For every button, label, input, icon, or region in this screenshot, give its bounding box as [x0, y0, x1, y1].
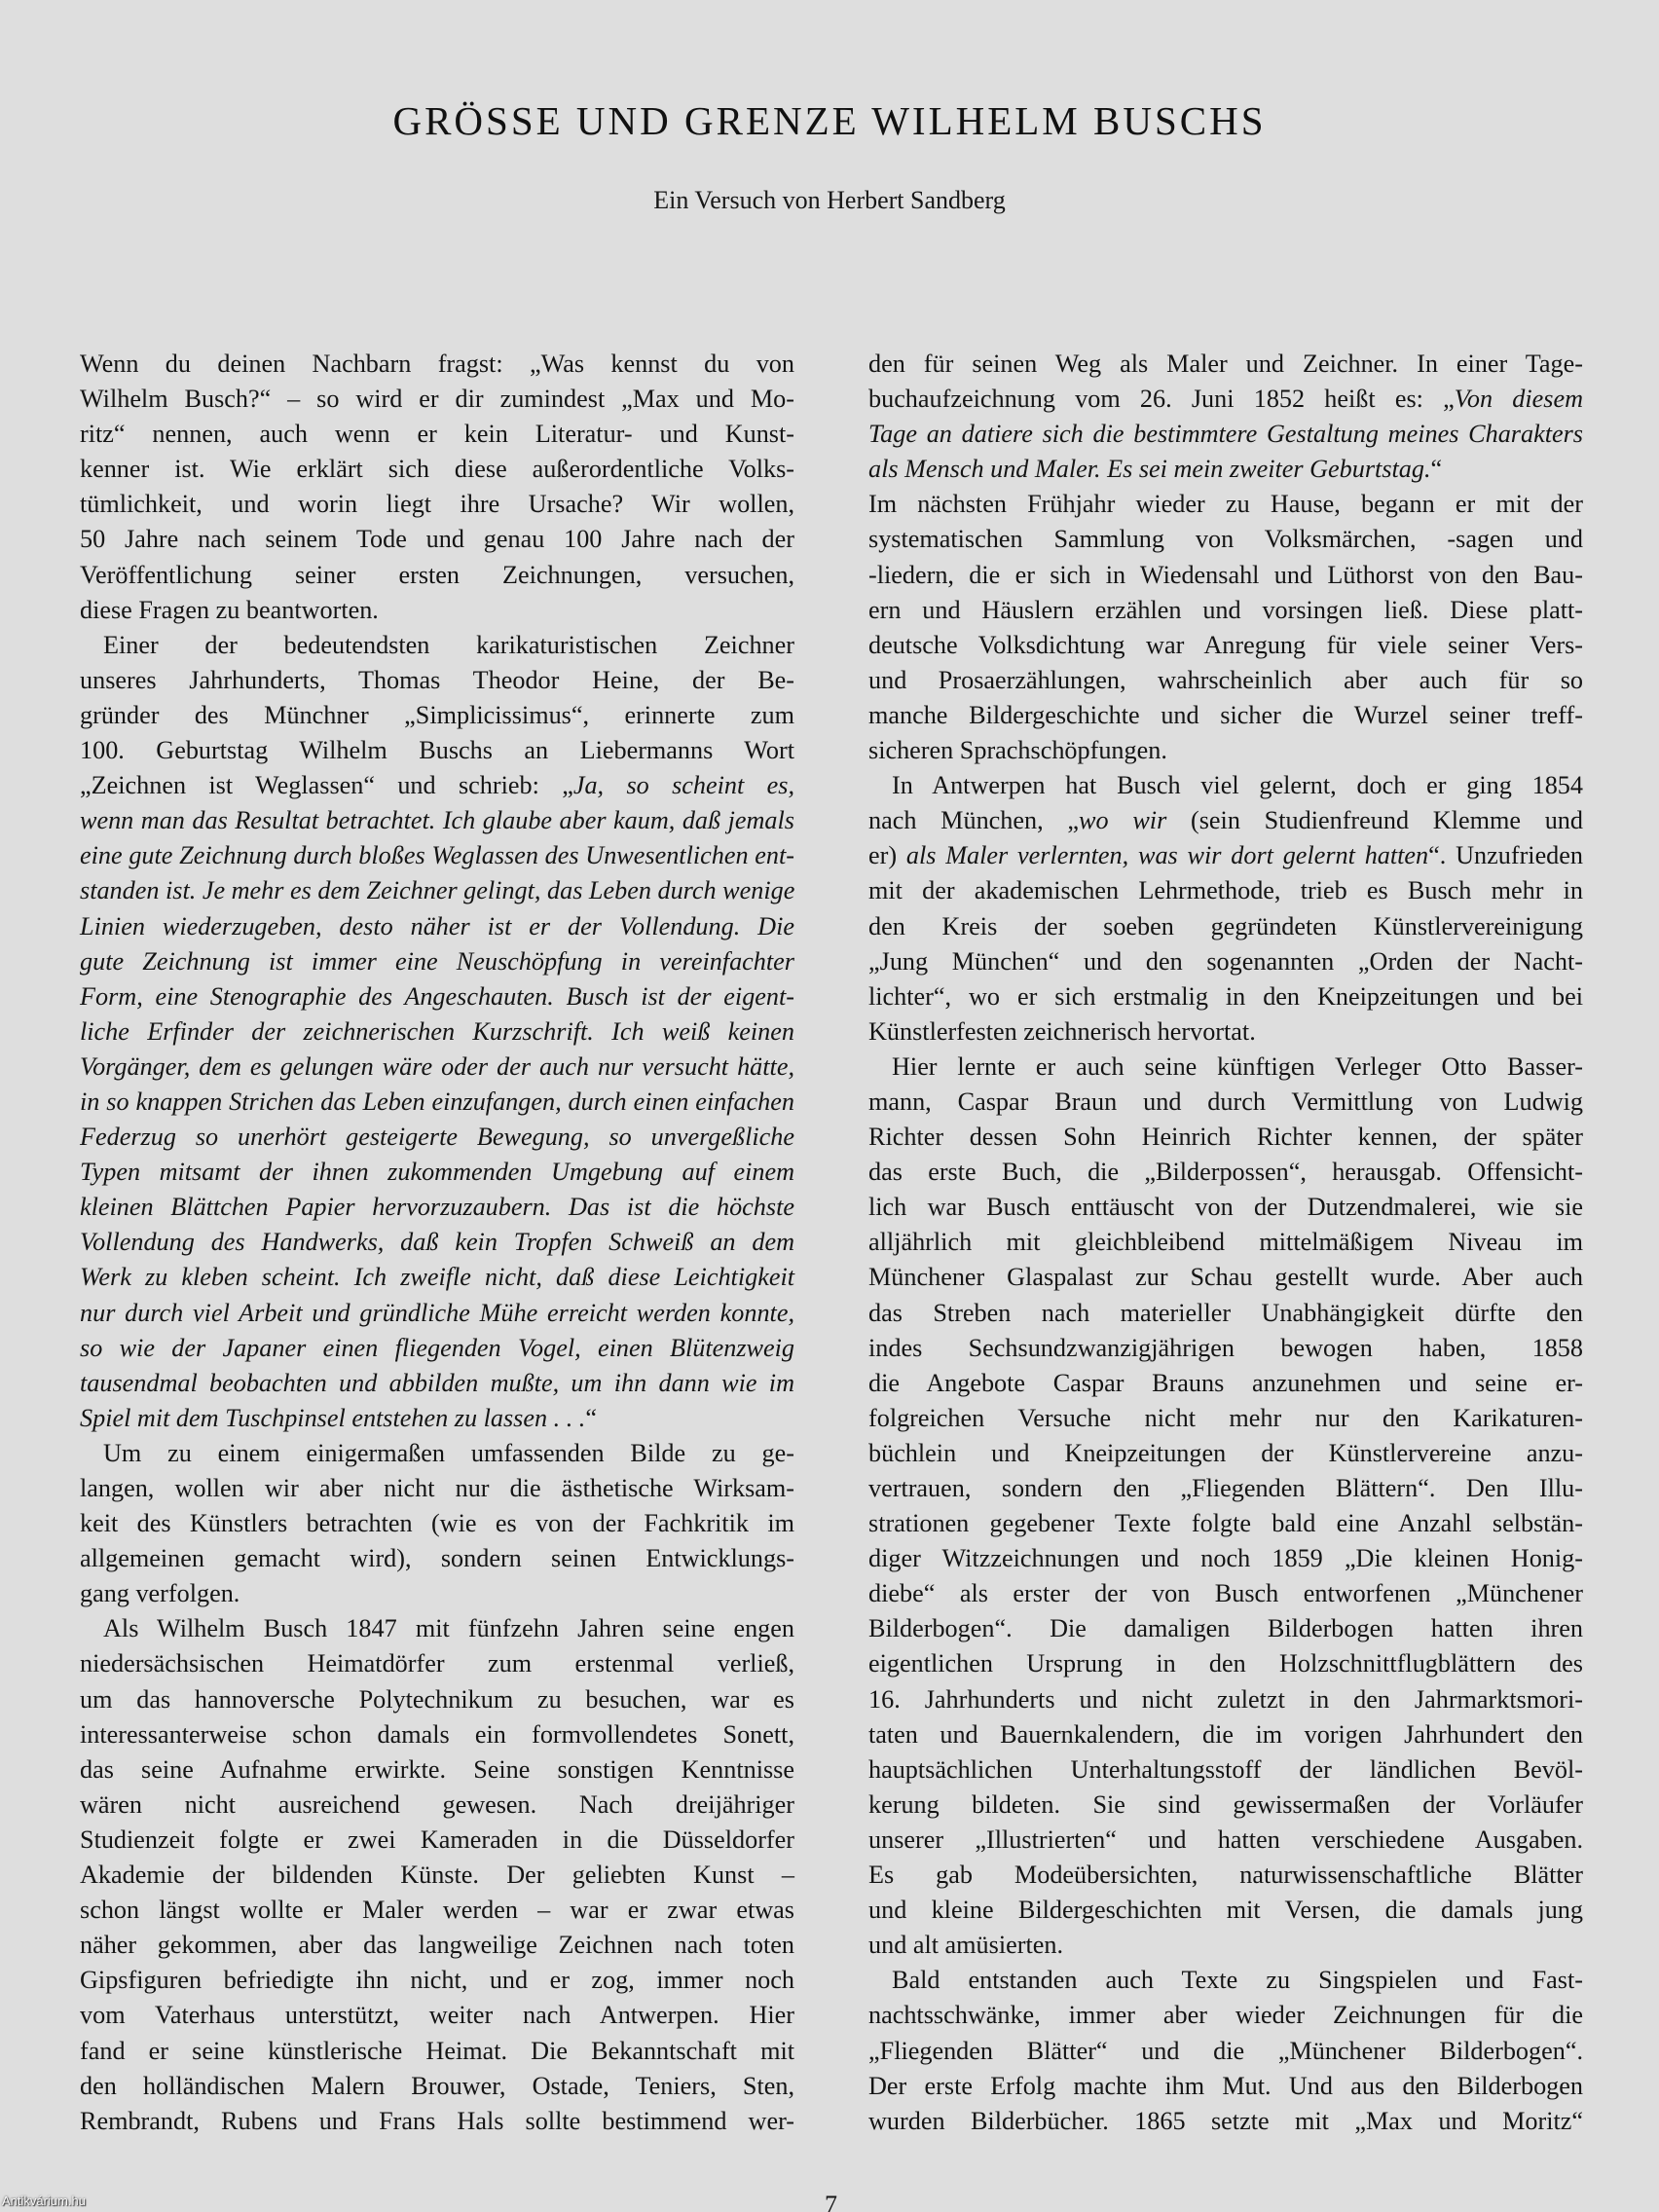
italic-quote-run: als Mensch und Maler. Es sei mein zweite…: [868, 455, 1431, 483]
text-line: eigentlichen Ursprung in den Holzschnitt…: [868, 1646, 1583, 1681]
text-run: schon längst wollte er Maler werden – wa…: [80, 1896, 794, 1924]
text-line: den für seinen Weg als Maler und Zeichne…: [868, 347, 1583, 382]
text-run: taten und Bauernkalendern, die im vorige…: [868, 1720, 1583, 1749]
text-line: mann, Caspar Braun und durch Vermittlung…: [868, 1085, 1583, 1120]
text-run: Rembrandt, Rubens und Frans Hals sollte …: [80, 2107, 794, 2135]
italic-quote-run: Tage an datiere sich die bestimmtere Ges…: [868, 420, 1583, 448]
page-number: 7: [825, 2191, 837, 2212]
text-line: tümlichkeit, und worin liegt ihre Ursach…: [80, 487, 794, 522]
italic-quote-run: nur durch viel Arbeit und gründliche Müh…: [80, 1299, 794, 1327]
text-line: diger Witzzeichnungen und noch 1859 „Die…: [868, 1541, 1583, 1576]
italic-quote-run: wo wir: [1079, 806, 1166, 834]
text-run: wurden Bilderbücher. 1865 setzte mit „Ma…: [868, 2107, 1583, 2135]
text-run: das Streben nach materieller Unabhängigk…: [868, 1299, 1583, 1327]
text-run: Es gab Modeübersichten, naturwissenschaf…: [868, 1861, 1583, 1889]
text-run: -liedern, die er sich in Wiedensahl und …: [868, 561, 1583, 589]
text-run: keit des Künstlers betrachten (wie es vo…: [80, 1509, 794, 1537]
right-text-column: den für seinen Weg als Maler und Zeichne…: [868, 347, 1583, 2139]
text-run: ern und Häuslern erzählen und vorsingen …: [868, 596, 1583, 624]
text-run: folgreichen Versuche nicht mehr nur den …: [868, 1404, 1583, 1432]
text-run: Im nächsten Frühjahr wieder zu Hause, be…: [868, 490, 1583, 518]
text-line: Als Wilhelm Busch 1847 mit fünfzehn Jahr…: [80, 1611, 794, 1646]
text-line: und alt amüsierten.: [868, 1928, 1583, 1963]
text-run: er): [868, 841, 906, 869]
text-run: hauptsächlichen Unterhaltungsstoff der l…: [868, 1755, 1583, 1784]
text-line: kerung bildeten. Sie sind gewissermaßen …: [868, 1788, 1583, 1823]
text-run: diese Fragen zu beantworten.: [80, 596, 379, 624]
text-run: lichter“, wo er sich erstmalig in den Kn…: [868, 982, 1583, 1011]
text-line: in so knappen Strichen das Leben einzufa…: [80, 1085, 794, 1120]
text-run: Richter dessen Sohn Heinrich Richter ken…: [868, 1123, 1583, 1151]
text-line: wenn man das Resultat betrachtet. Ich gl…: [80, 803, 794, 838]
text-run: den für seinen Weg als Maler und Zeichne…: [868, 350, 1583, 378]
text-line: Werk zu kleben scheint. Ich zweifle nich…: [80, 1260, 794, 1295]
text-line: langen, wollen wir aber nicht nur die äs…: [80, 1471, 794, 1506]
text-line: Um zu einem einigermaßen umfassenden Bil…: [80, 1436, 794, 1471]
text-line: Künstlerfesten zeichnerisch hervortat.: [868, 1014, 1583, 1050]
text-run: das erste Buch, die „Bilderpossen“, hera…: [868, 1158, 1583, 1186]
italic-quote-run: als Maler verlernten, was wir dort geler…: [906, 841, 1428, 869]
text-run: gründer des Münchner „Simplicissimus“, e…: [80, 701, 794, 729]
text-run: nachtsschwänke, immer aber wieder Zeichn…: [868, 2001, 1583, 2029]
text-line: diese Fragen zu beantworten.: [80, 593, 794, 628]
text-line: eine gute Zeichnung durch bloßes Weglass…: [80, 838, 794, 873]
text-line: Studienzeit folgte er zwei Kameraden in …: [80, 1823, 794, 1858]
text-line: standen ist. Je mehr es dem Zeichner gel…: [80, 873, 794, 908]
text-line: Linien wiederzugeben, desto näher ist er…: [80, 909, 794, 944]
text-line: das Streben nach materieller Unabhängigk…: [868, 1296, 1583, 1331]
text-line: folgreichen Versuche nicht mehr nur den …: [868, 1401, 1583, 1436]
text-run: gang verfolgen.: [80, 1579, 240, 1607]
text-run: niedersächsischen Heimatdörfer zum erste…: [80, 1649, 794, 1677]
text-line: büchlein und Kneipzeitungen der Künstler…: [868, 1436, 1583, 1471]
italic-quote-run: Ja, so scheint es,: [573, 771, 794, 799]
italic-quote-run: Vorgänger, dem es gelungen wäre oder der…: [80, 1052, 794, 1081]
text-run: Einer der bedeutendsten karikaturistisch…: [103, 631, 794, 659]
italic-quote-run: Form, eine Stenographie des Angeschauten…: [80, 982, 794, 1011]
text-line: Wilhelm Busch?“ – so wird er dir zuminde…: [80, 382, 794, 417]
text-run: 100. Geburtstag Wilhelm Buschs an Lieber…: [80, 736, 794, 764]
text-line: ern und Häuslern erzählen und vorsingen …: [868, 593, 1583, 628]
text-line: 50 Jahre nach seinem Tode und genau 100 …: [80, 522, 794, 557]
text-line: Bilderbogen“. Die damaligen Bilderbogen …: [868, 1611, 1583, 1646]
text-run: “: [1431, 455, 1443, 483]
italic-quote-run: tausendmal beobachten und abbilden mußte…: [80, 1369, 794, 1397]
text-line: näher gekommen, aber das langweilige Zei…: [80, 1928, 794, 1963]
text-line: systematischen Sammlung von Volksmärchen…: [868, 522, 1583, 557]
text-line: und kleine Bildergeschichten mit Versen,…: [868, 1893, 1583, 1928]
text-line: taten und Bauernkalendern, die im vorige…: [868, 1717, 1583, 1752]
text-run: Künstlerfesten zeichnerisch hervortat.: [868, 1017, 1256, 1046]
text-run: “. Unzufrieden: [1428, 841, 1583, 869]
text-line: gute Zeichnung ist immer eine Neuschöpfu…: [80, 944, 794, 979]
text-line: Akademie der bildenden Künste. Der gelie…: [80, 1858, 794, 1893]
text-run: Bilderbogen“. Die damaligen Bilderbogen …: [868, 1614, 1583, 1642]
italic-quote-run: so wie der Japaner einen fliegenden Voge…: [80, 1334, 794, 1362]
italic-quote-run: Vollendung des Handwerks, daß kein Tropf…: [80, 1228, 794, 1256]
text-run: Um zu einem einigermaßen umfassenden Bil…: [103, 1439, 794, 1467]
author-subtitle: Ein Versuch von Herbert Sandberg: [0, 186, 1659, 215]
italic-quote-run: Federzug so unerhört gesteigerte Bewegun…: [80, 1123, 794, 1151]
text-run: deutsche Volksdichtung war Anregung für …: [868, 631, 1583, 659]
text-line: Rembrandt, Rubens und Frans Hals sollte …: [80, 2104, 794, 2139]
text-line: wären nicht ausreichend gewesen. Nach dr…: [80, 1788, 794, 1823]
text-line: Federzug so unerhört gesteigerte Bewegun…: [80, 1120, 794, 1155]
text-run: Bald entstanden auch Texte zu Singspiele…: [892, 1966, 1583, 1994]
text-line: lich war Busch enttäuscht von der Dutzen…: [868, 1190, 1583, 1225]
text-run: die Angebote Caspar Brauns anzunehmen un…: [868, 1369, 1583, 1397]
text-run: tümlichkeit, und worin liegt ihre Ursach…: [80, 490, 794, 518]
italic-quote-run: Linien wiederzugeben, desto näher ist er…: [80, 912, 794, 940]
text-run: mann, Caspar Braun und durch Vermittlung…: [868, 1088, 1583, 1116]
text-run: Studienzeit folgte er zwei Kameraden in …: [80, 1825, 794, 1854]
text-line: kleinen Blättchen Papier hervorzuzaubern…: [80, 1190, 794, 1225]
text-line: Im nächsten Frühjahr wieder zu Hause, be…: [868, 487, 1583, 522]
text-run: 50 Jahre nach seinem Tode und genau 100 …: [80, 525, 794, 553]
italic-quote-run: wenn man das Resultat betrachtet. Ich gl…: [80, 806, 794, 834]
text-line: wurden Bilderbücher. 1865 setzte mit „Ma…: [868, 2104, 1583, 2139]
text-run: systematischen Sammlung von Volksmärchen…: [868, 525, 1583, 553]
text-run: “: [585, 1404, 597, 1432]
text-run: fand er seine künstlerische Heimat. Die …: [80, 2037, 794, 2065]
text-run: kenner ist. Wie erklärt sich diese außer…: [80, 455, 794, 483]
text-line: das erste Buch, die „Bilderpossen“, hera…: [868, 1155, 1583, 1190]
text-run: alljährlich mit gleichbleibend mittelmäß…: [868, 1228, 1583, 1256]
text-run: strationen gegebener Texte folgte bald e…: [868, 1509, 1583, 1537]
text-run: lich war Busch enttäuscht von der Dutzen…: [868, 1193, 1583, 1221]
text-run: manche Bildergeschichte und sicher die W…: [868, 701, 1583, 729]
text-run: Wilhelm Busch?“ – so wird er dir zuminde…: [80, 385, 794, 413]
text-line: Spiel mit dem Tuschpinsel entstehen zu l…: [80, 1401, 794, 1436]
text-line: Es gab Modeübersichten, naturwissenschaf…: [868, 1858, 1583, 1893]
text-line: manche Bildergeschichte und sicher die W…: [868, 698, 1583, 733]
text-line: Wenn du deinen Nachbarn fragst: „Was ken…: [80, 347, 794, 382]
text-run: und Prosaerzählungen, wahrscheinlich abe…: [868, 666, 1583, 694]
text-line: 16. Jahrhunderts und nicht zuletzt in de…: [868, 1682, 1583, 1717]
text-run: Veröffentlichung seiner ersten Zeichnung…: [80, 561, 794, 589]
text-run: In Antwerpen hat Busch viel gelernt, doc…: [892, 771, 1583, 799]
text-line: -liedern, die er sich in Wiedensahl und …: [868, 558, 1583, 593]
text-run: diger Witzzeichnungen und noch 1859 „Die…: [868, 1544, 1583, 1572]
text-line: Tage an datiere sich die bestimmtere Ges…: [868, 417, 1583, 452]
text-line: buchaufzeichnung vom 26. Juni 1852 heißt…: [868, 382, 1583, 417]
text-line: so wie der Japaner einen fliegenden Voge…: [80, 1331, 794, 1366]
text-run: vom Vaterhaus unterstützt, weiter nach A…: [80, 2001, 794, 2029]
text-line: Gipsfiguren befriedigte ihn nicht, und e…: [80, 1963, 794, 1998]
text-run: um das hannoversche Polytechnikum zu bes…: [80, 1685, 794, 1714]
text-run: kerung bildeten. Sie sind gewissermaßen …: [868, 1790, 1583, 1819]
text-line: 100. Geburtstag Wilhelm Buschs an Lieber…: [80, 733, 794, 768]
text-line: „Jung München“ und den sogenannten „Orde…: [868, 944, 1583, 979]
text-run: „Jung München“ und den sogenannten „Orde…: [868, 947, 1583, 976]
text-line: schon längst wollte er Maler werden – wa…: [80, 1893, 794, 1928]
text-line: vom Vaterhaus unterstützt, weiter nach A…: [80, 1998, 794, 2033]
text-run: mit der akademischen Lehrmethode, trieb …: [868, 876, 1583, 904]
text-line: fand er seine künstlerische Heimat. Die …: [80, 2034, 794, 2069]
text-line: unseres Jahrhunderts, Thomas Theodor Hei…: [80, 663, 794, 698]
text-run: unserer „Illustrierten“ und hatten versc…: [868, 1825, 1583, 1854]
text-line: „Fliegenden Blätter“ und die „Münchener …: [868, 2034, 1583, 2069]
text-run: eigentlichen Ursprung in den Holzschnitt…: [868, 1649, 1583, 1677]
text-run: allgemeinen gemacht wird), sondern seine…: [80, 1544, 794, 1572]
text-line: ritz“ nennen, auch wenn er kein Literatu…: [80, 417, 794, 452]
text-line: liche Erfinder der zeichnerischen Kurzsc…: [80, 1014, 794, 1050]
text-run: das seine Aufnahme erwirkte. Seine sonst…: [80, 1755, 794, 1784]
text-run: unseres Jahrhunderts, Thomas Theodor Hei…: [80, 666, 794, 694]
text-run: interessanterweise schon damals ein form…: [80, 1720, 794, 1749]
text-line: gründer des Münchner „Simplicissimus“, e…: [80, 698, 794, 733]
text-line: tausendmal beobachten und abbilden mußte…: [80, 1366, 794, 1401]
text-line: Form, eine Stenographie des Angeschauten…: [80, 979, 794, 1014]
text-run: den holländischen Malern Brouwer, Ostade…: [80, 2072, 794, 2100]
text-line: und Prosaerzählungen, wahrscheinlich abe…: [868, 663, 1583, 698]
text-line: alljährlich mit gleichbleibend mittelmäß…: [868, 1225, 1583, 1260]
text-run: Akademie der bildenden Künste. Der gelie…: [80, 1861, 794, 1889]
italic-quote-run: gute Zeichnung ist immer eine Neuschöpfu…: [80, 947, 794, 976]
text-line: den holländischen Malern Brouwer, Ostade…: [80, 2069, 794, 2104]
text-line: er) als Maler verlernten, was wir dort g…: [868, 838, 1583, 873]
italic-quote-run: standen ist. Je mehr es dem Zeichner gel…: [80, 876, 794, 904]
text-run: den Kreis der soeben gegründeten Künstle…: [868, 912, 1583, 940]
text-line: kenner ist. Wie erklärt sich diese außer…: [80, 452, 794, 487]
text-line: Einer der bedeutendsten karikaturistisch…: [80, 628, 794, 663]
text-run: Wenn du deinen Nachbarn fragst: „Was ken…: [80, 350, 794, 378]
text-line: hauptsächlichen Unterhaltungsstoff der l…: [868, 1752, 1583, 1788]
text-line: interessanterweise schon damals ein form…: [80, 1717, 794, 1752]
text-line: sicheren Sprachschöpfungen.: [868, 733, 1583, 768]
text-line: Typen mitsamt der ihnen zukommenden Umge…: [80, 1155, 794, 1190]
text-run: Hier lernte er auch seine künftigen Verl…: [892, 1052, 1583, 1081]
text-line: In Antwerpen hat Busch viel gelernt, doc…: [868, 768, 1583, 803]
text-line: als Mensch und Maler. Es sei mein zweite…: [868, 452, 1583, 487]
text-run: „Fliegenden Blätter“ und die „Münchener …: [868, 2037, 1583, 2065]
left-text-column: Wenn du deinen Nachbarn fragst: „Was ken…: [80, 347, 794, 2139]
text-run: büchlein und Kneipzeitungen der Künstler…: [868, 1439, 1583, 1467]
text-line: deutsche Volksdichtung war Anregung für …: [868, 628, 1583, 663]
text-run: näher gekommen, aber das langweilige Zei…: [80, 1931, 794, 1959]
text-run: indes Sechsundzwanzigjährigen bewogen ha…: [868, 1334, 1583, 1362]
text-run: nach München, „: [868, 806, 1079, 834]
text-run: wären nicht ausreichend gewesen. Nach dr…: [80, 1790, 794, 1819]
text-run: Als Wilhelm Busch 1847 mit fünfzehn Jahr…: [103, 1614, 794, 1642]
text-line: das seine Aufnahme erwirkte. Seine sonst…: [80, 1752, 794, 1788]
italic-quote-run: Spiel mit dem Tuschpinsel entstehen zu l…: [80, 1404, 585, 1432]
text-run: ritz“ nennen, auch wenn er kein Literatu…: [80, 420, 794, 448]
italic-quote-run: Werk zu kleben scheint. Ich zweifle nich…: [80, 1263, 794, 1291]
text-line: Der erste Erfolg machte ihm Mut. Und aus…: [868, 2069, 1583, 2104]
text-line: die Angebote Caspar Brauns anzunehmen un…: [868, 1366, 1583, 1401]
text-run: 16. Jahrhunderts und nicht zuletzt in de…: [868, 1685, 1583, 1714]
text-line: strationen gegebener Texte folgte bald e…: [868, 1506, 1583, 1541]
text-line: niedersächsischen Heimatdörfer zum erste…: [80, 1646, 794, 1681]
italic-quote-run: liche Erfinder der zeichnerischen Kurzsc…: [80, 1017, 794, 1046]
text-line: Veröffentlichung seiner ersten Zeichnung…: [80, 558, 794, 593]
text-line: unserer „Illustrierten“ und hatten versc…: [868, 1823, 1583, 1858]
text-line: Münchener Glaspalast zur Schau gestellt …: [868, 1260, 1583, 1295]
watermark: Antikvárium.hu: [2, 2194, 86, 2208]
italic-quote-run: Von diesem: [1455, 385, 1583, 413]
italic-quote-run: Typen mitsamt der ihnen zukommenden Umge…: [80, 1158, 794, 1186]
text-run: buchaufzeichnung vom 26. Juni 1852 heißt…: [868, 385, 1455, 413]
text-line: um das hannoversche Polytechnikum zu bes…: [80, 1682, 794, 1717]
text-line: den Kreis der soeben gegründeten Künstle…: [868, 909, 1583, 944]
text-run: Gipsfiguren befriedigte ihn nicht, und e…: [80, 1966, 794, 1994]
text-run: und kleine Bildergeschichten mit Versen,…: [868, 1896, 1583, 1924]
text-run: diebe“ als erster der von Busch entworfe…: [868, 1579, 1583, 1607]
text-line: gang verfolgen.: [80, 1576, 794, 1611]
text-run: langen, wollen wir aber nicht nur die äs…: [80, 1474, 794, 1502]
text-line: indes Sechsundzwanzigjährigen bewogen ha…: [868, 1331, 1583, 1366]
text-line: lichter“, wo er sich erstmalig in den Kn…: [868, 979, 1583, 1014]
page-title: GRÖSSE UND GRENZE WILHELM BUSCHS: [0, 97, 1659, 144]
text-line: nach München, „wo wir (sein Studienfreun…: [868, 803, 1583, 838]
text-line: vertrauen, sondern den „Fliegenden Blätt…: [868, 1471, 1583, 1506]
text-line: Bald entstanden auch Texte zu Singspiele…: [868, 1963, 1583, 1998]
text-line: diebe“ als erster der von Busch entworfe…: [868, 1576, 1583, 1611]
text-line: nur durch viel Arbeit und gründliche Müh…: [80, 1296, 794, 1331]
italic-quote-run: kleinen Blättchen Papier hervorzuzaubern…: [80, 1193, 794, 1221]
text-line: Richter dessen Sohn Heinrich Richter ken…: [868, 1120, 1583, 1155]
italic-quote-run: eine gute Zeichnung durch bloßes Weglass…: [80, 841, 794, 869]
text-line: nachtsschwänke, immer aber wieder Zeichn…: [868, 1998, 1583, 2033]
text-run: Der erste Erfolg machte ihm Mut. Und aus…: [868, 2072, 1583, 2100]
text-line: „Zeichnen ist Weglassen“ und schrieb: „J…: [80, 768, 794, 803]
text-run: (sein Studienfreund Klemme und: [1166, 806, 1583, 834]
text-run: „Zeichnen ist Weglassen“ und schrieb: „: [80, 771, 573, 799]
text-run: Münchener Glaspalast zur Schau gestellt …: [868, 1263, 1583, 1291]
text-run: und alt amüsierten.: [868, 1931, 1063, 1959]
text-run: sicheren Sprachschöpfungen.: [868, 736, 1167, 764]
text-line: mit der akademischen Lehrmethode, trieb …: [868, 873, 1583, 908]
text-line: keit des Künstlers betrachten (wie es vo…: [80, 1506, 794, 1541]
text-line: Vorgänger, dem es gelungen wäre oder der…: [80, 1050, 794, 1085]
text-run: vertrauen, sondern den „Fliegenden Blätt…: [868, 1474, 1583, 1502]
text-line: allgemeinen gemacht wird), sondern seine…: [80, 1541, 794, 1576]
text-line: Vollendung des Handwerks, daß kein Tropf…: [80, 1225, 794, 1260]
text-line: Hier lernte er auch seine künftigen Verl…: [868, 1050, 1583, 1085]
italic-quote-run: in so knappen Strichen das Leben einzufa…: [80, 1088, 794, 1116]
